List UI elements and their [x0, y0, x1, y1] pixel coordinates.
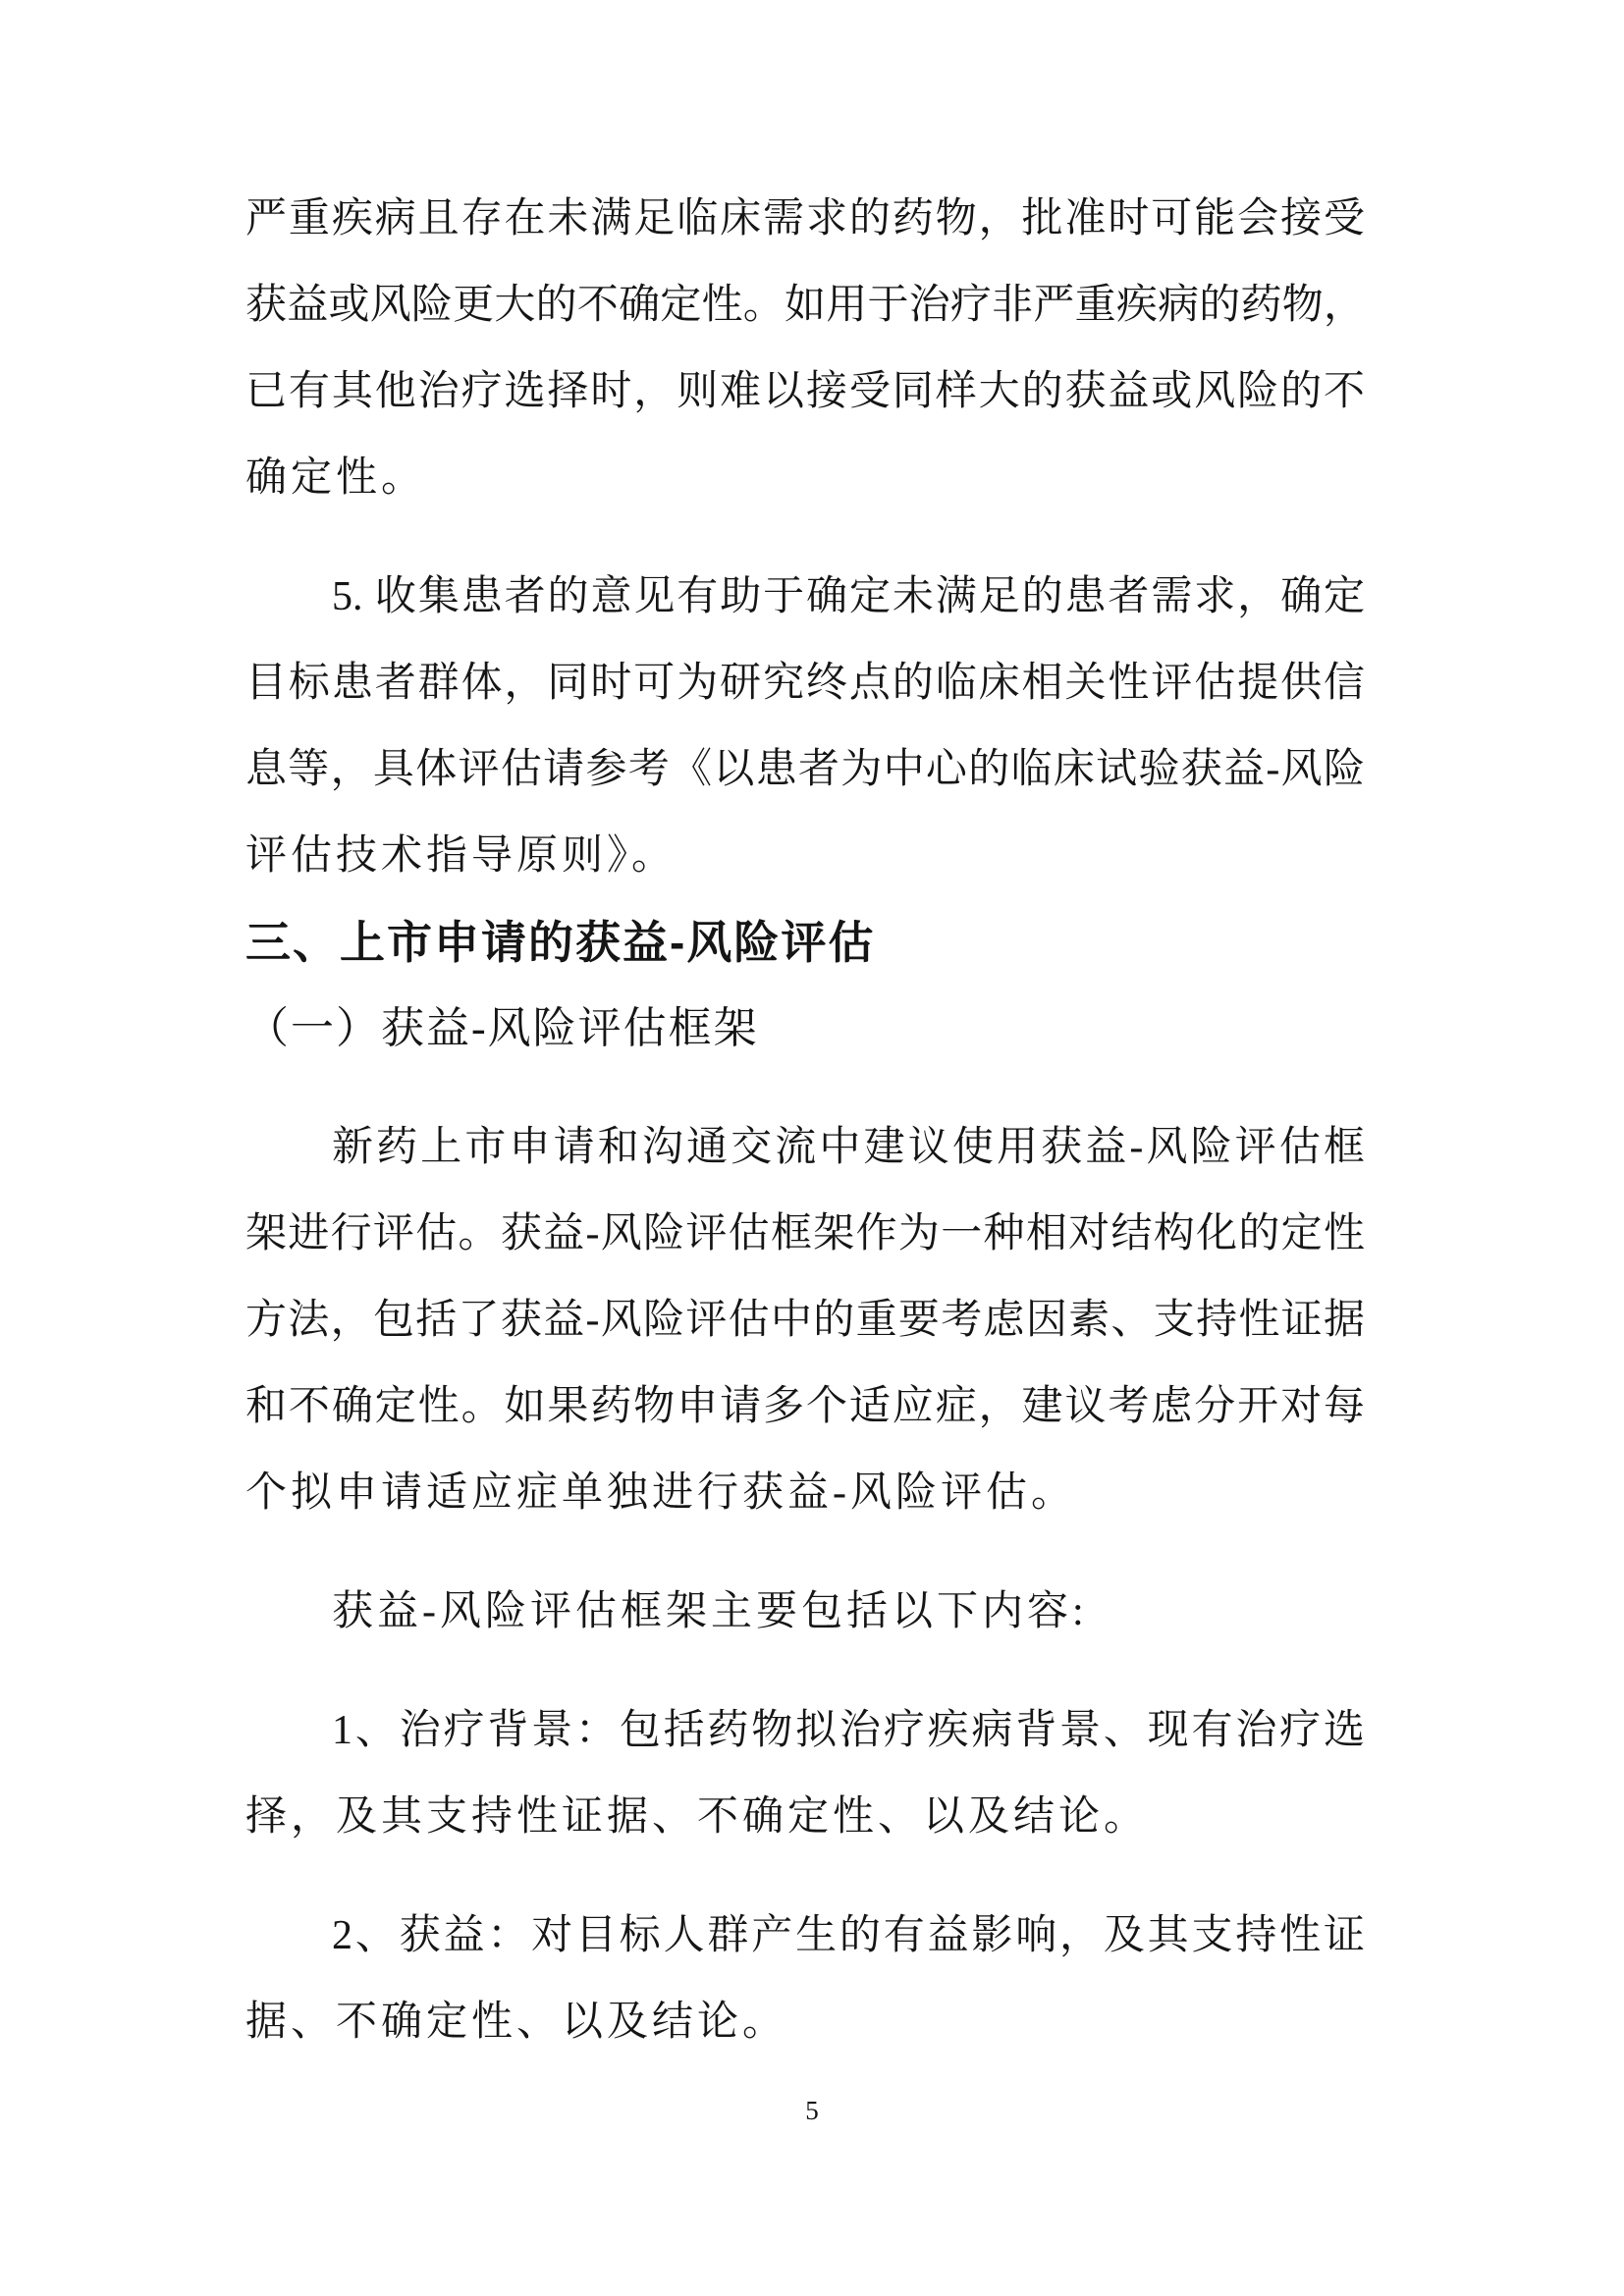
text-line: 个拟申请适应症单独进行获益-风险评估。: [245, 1450, 1365, 1536]
text-line: 2、获益：对目标人群产生的有益影响，及其支持性证: [245, 1893, 1365, 1979]
page-number: 5: [0, 2091, 1624, 2130]
section-heading: 三、上市申请的获益-风险评估: [245, 899, 1365, 986]
text-line: 确定性。: [245, 435, 1365, 521]
document-page: 严重疾病且存在未满足临床需求的药物，批准时可能会接受 获益或风险更大的不确定性。…: [0, 0, 1624, 2296]
text-line: 息等，具体评估请参考《以患者为中心的临床试验获益-风险: [245, 726, 1365, 813]
text-line: 1、治疗背景：包括药物拟治疗疾病背景、现有治疗选: [245, 1687, 1365, 1774]
paragraph: 新药上市申请和沟通交流中建议使用获益-风险评估框 架进行评估。获益-风险评估框架…: [245, 1104, 1365, 1536]
paragraph: 5. 收集患者的意见有助于确定未满足的患者需求，确定 目标患者群体，同时可为研究…: [245, 554, 1365, 899]
subsection-heading: （一）获益-风险评估框架: [245, 986, 1365, 1072]
text-line: 择，及其支持性证据、不确定性、以及结论。: [245, 1774, 1365, 1860]
text-line: 架进行评估。获益-风险评估框架作为一种相对结构化的定性: [245, 1191, 1365, 1277]
paragraph: 获益-风险评估框架主要包括以下内容:: [245, 1569, 1365, 1655]
text-line: 5. 收集患者的意见有助于确定未满足的患者需求，确定: [245, 554, 1365, 640]
text-line: 严重疾病且存在未满足临床需求的药物，批准时可能会接受: [245, 176, 1365, 262]
text-line: 方法，包括了获益-风险评估中的重要考虑因素、支持性证据: [245, 1277, 1365, 1363]
paragraph: 严重疾病且存在未满足临床需求的药物，批准时可能会接受 获益或风险更大的不确定性。…: [245, 176, 1365, 521]
text-line: 新药上市申请和沟通交流中建议使用获益-风险评估框: [245, 1104, 1365, 1191]
text-line: 据、不确定性、以及结论。: [245, 1979, 1365, 2065]
text-line: 获益或风险更大的不确定性。如用于治疗非严重疾病的药物，: [245, 262, 1365, 348]
text-line: 评估技术指导原则》。: [245, 813, 1365, 899]
text-line: 目标患者群体，同时可为研究终点的临床相关性评估提供信: [245, 640, 1365, 726]
text-line: 获益-风险评估框架主要包括以下内容:: [245, 1569, 1365, 1655]
paragraph: 1、治疗背景：包括药物拟治疗疾病背景、现有治疗选 择，及其支持性证据、不确定性、…: [245, 1687, 1365, 1860]
text-block: 严重疾病且存在未满足临床需求的药物，批准时可能会接受 获益或风险更大的不确定性。…: [245, 176, 1365, 2065]
text-line: 已有其他治疗选择时，则难以接受同样大的获益或风险的不: [245, 348, 1365, 435]
paragraph: 2、获益：对目标人群产生的有益影响，及其支持性证 据、不确定性、以及结论。: [245, 1893, 1365, 2065]
text-line: 和不确定性。如果药物申请多个适应症，建议考虑分开对每: [245, 1363, 1365, 1450]
